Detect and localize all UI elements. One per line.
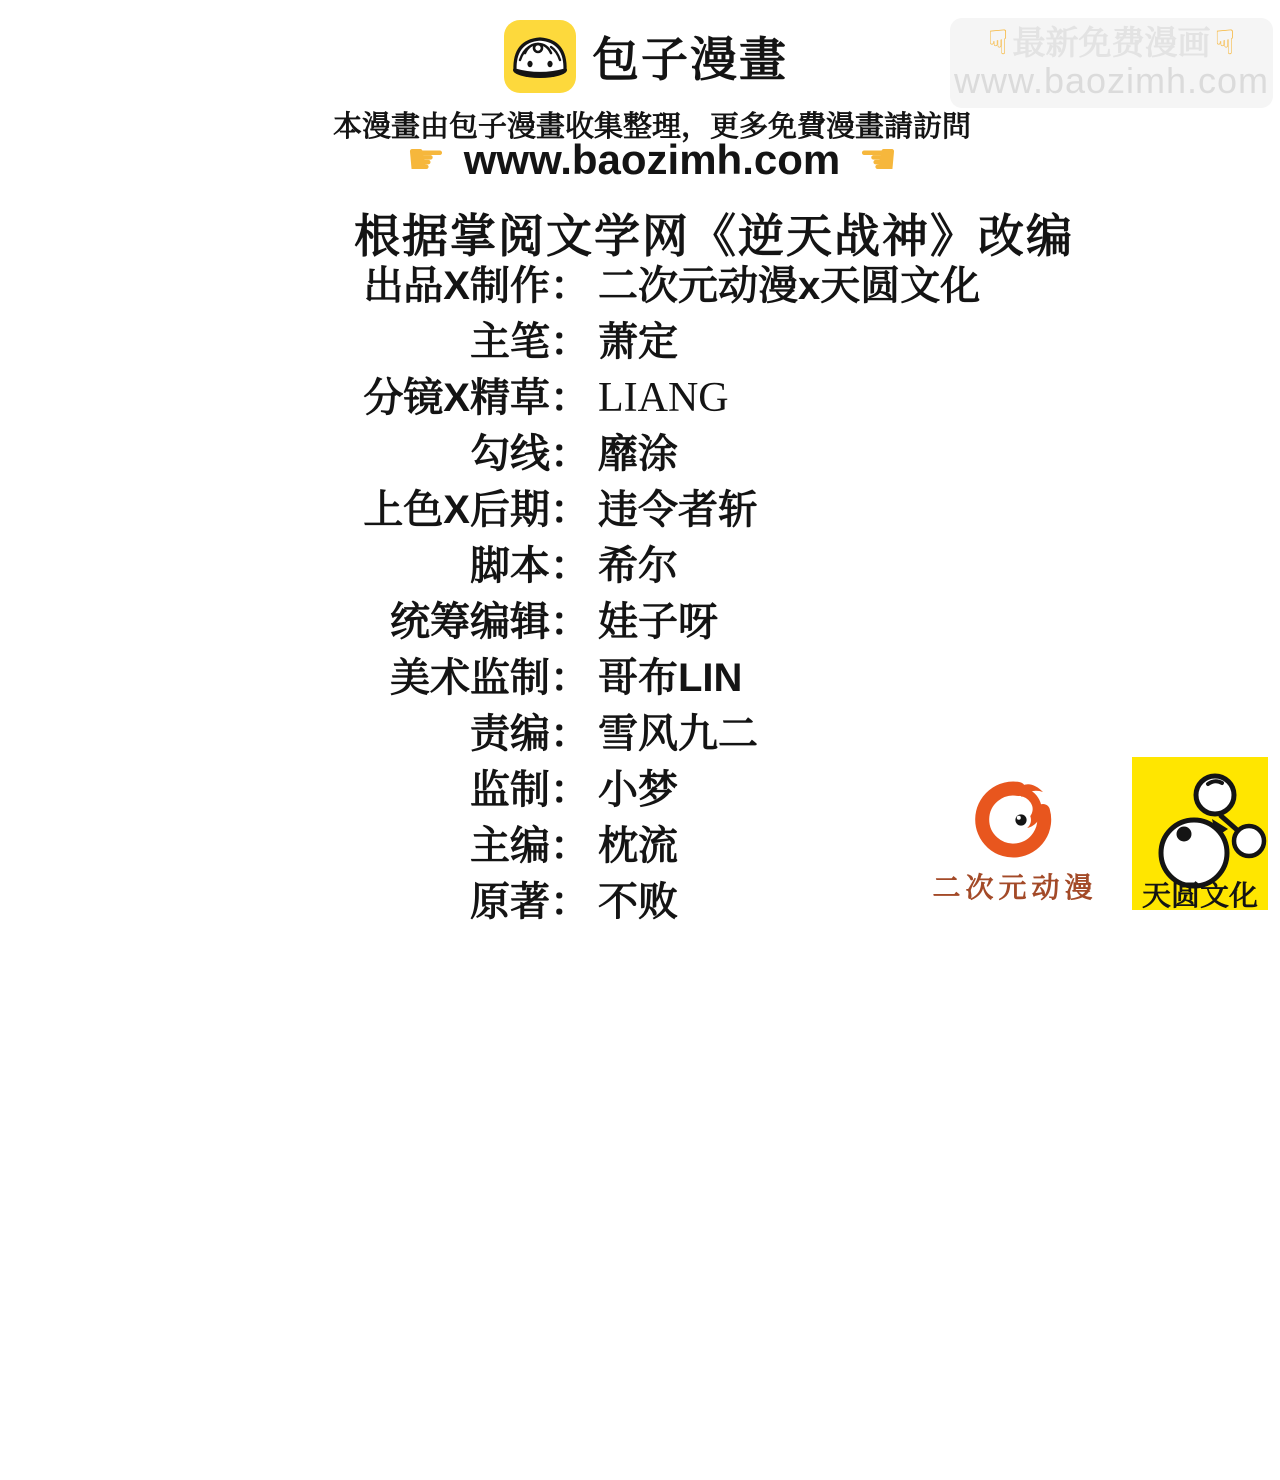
credit-value: 萧定: [598, 314, 1060, 370]
credit-row: 脚本： 希尔: [0, 538, 1060, 594]
site-url: www.baozimh.com: [464, 136, 840, 184]
credit-value: 违令者斩: [598, 482, 1060, 538]
credit-label: 监制：: [0, 762, 590, 818]
credit-value: LIANG: [598, 370, 1060, 426]
credit-label: 分镜X精草：: [0, 370, 590, 426]
site-url-line: ☛ www.baozimh.com ☚: [12, 136, 1280, 184]
credit-row: 原著： 不败: [0, 874, 1060, 930]
watermark-box: ☟ 最新免费漫画 ☟ www.baozimh.com: [950, 18, 1273, 108]
baozi-app-icon: [504, 20, 576, 93]
credit-label: 脚本：: [0, 538, 590, 594]
site-title: 包子漫畫: [592, 23, 788, 90]
credit-row: 分镜X精草： LIANG: [0, 370, 1060, 426]
watermark-promo-text: 最新免费漫画: [1013, 25, 1211, 61]
credit-label: 上色X后期：: [0, 482, 590, 538]
credit-row: 美术监制： 哥布LIN: [0, 650, 1060, 706]
point-down-icon-left: ☟: [988, 26, 1009, 60]
watermark-promo-line: ☟ 最新免费漫画 ☟: [950, 25, 1273, 61]
credit-row: 出品X制作： 二次元动漫x天圆文化: [0, 258, 1060, 314]
credit-value: 希尔: [598, 538, 1060, 594]
credit-label: 统筹编辑：: [0, 594, 590, 650]
erciyuan-logo-text: 二次元动漫: [930, 866, 1100, 906]
credit-value: 二次元动漫x天圆文化: [598, 258, 1060, 314]
tianyuan-logo-text: 天圆文化: [1142, 879, 1258, 910]
credit-label: 主编：: [0, 818, 590, 874]
credit-label: 责编：: [0, 706, 590, 762]
credit-label: 美术监制：: [0, 650, 590, 706]
adapted-from-line: 根据掌阅文学网《逆天战神》改编: [354, 200, 1074, 266]
credit-value: 哥布LIN: [598, 650, 1060, 706]
point-left-icon: ☚: [858, 138, 897, 182]
credit-label: 出品X制作：: [0, 258, 590, 314]
erciyuan-logo-mark: [973, 778, 1057, 858]
tianyuan-logo: 天圆文化: [1132, 757, 1268, 910]
credits-list: 出品X制作： 二次元动漫x天圆文化 主笔： 萧定 分镜X精草： LIANG 勾线…: [0, 258, 1060, 930]
credit-row: 勾线： 靡涂: [0, 426, 1060, 482]
credit-label: 原著：: [0, 874, 590, 930]
credit-value: 娃子呀: [598, 594, 1060, 650]
credit-row: 主编： 枕流: [0, 818, 1060, 874]
credit-row: 上色X后期： 违令者斩: [0, 482, 1060, 538]
credit-value: 靡涂: [598, 426, 1060, 482]
watermark-url: www.baozimh.com: [950, 61, 1273, 101]
erciyuan-logo: 二次元动漫: [930, 778, 1100, 906]
credit-row: 责编： 雪风九二: [0, 706, 1060, 762]
credit-row: 监制： 小梦: [0, 762, 1060, 818]
credit-value: 雪风九二: [598, 706, 1060, 762]
credit-row: 主笔： 萧定: [0, 314, 1060, 370]
credit-row: 统筹编辑： 娃子呀: [0, 594, 1060, 650]
point-down-icon-right: ☟: [1215, 26, 1236, 60]
credit-label: 主笔：: [0, 314, 590, 370]
point-right-icon: ☛: [406, 138, 445, 182]
comic-credits-page: 包子漫畫 本漫畫由包子漫畫收集整理，更多免費漫畫請訪問 ☛ www.baozim…: [0, 0, 1280, 1480]
credit-label: 勾线：: [0, 426, 590, 482]
